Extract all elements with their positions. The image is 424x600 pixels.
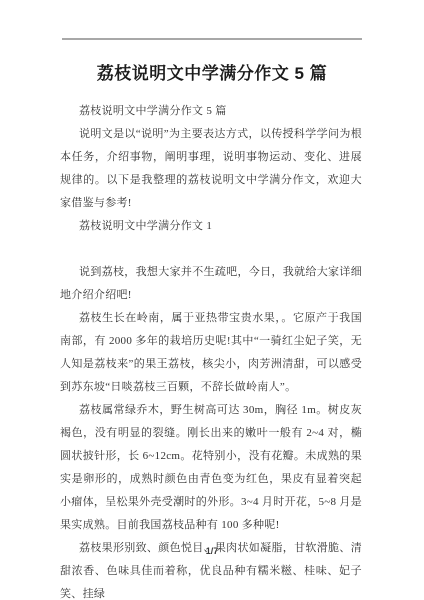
paragraph-subtitle: 荔枝说明文中学满分作文 5 篇: [60, 100, 362, 123]
document-page: 荔枝说明文中学满分作文 5 篇 荔枝说明文中学满分作文 5 篇 说明文是以“说明…: [0, 0, 424, 600]
paragraph-body: 荔枝生长在岭南，属于亚热带宝贵水果，。它原产于我国南部，有 2000 多年的栽培…: [60, 307, 362, 399]
page-number: 1/7: [0, 546, 424, 556]
paragraph-intro: 说明文是以“说明”为主要表达方式，以传授科学学问为根本任务，介绍事物，阐明事理，…: [60, 123, 362, 215]
paragraph-body: 荔枝属常绿乔木，野生树高可达 30m，胸径 1m。树皮灰褐色，没有明显的裂缝。刚…: [60, 399, 362, 537]
document-body: 荔枝说明文中学满分作文 5 篇 说明文是以“说明”为主要表达方式，以传授科学学问…: [60, 100, 362, 600]
page-top-divider: [62, 38, 362, 40]
paragraph-section-heading: 荔枝说明文中学满分作文 1: [60, 215, 362, 238]
paragraph-body: 说到荔枝，我想大家并不生疏吧，今日，我就给大家详细地介绍介绍吧!: [60, 261, 362, 307]
document-title: 荔枝说明文中学满分作文 5 篇: [0, 59, 424, 84]
